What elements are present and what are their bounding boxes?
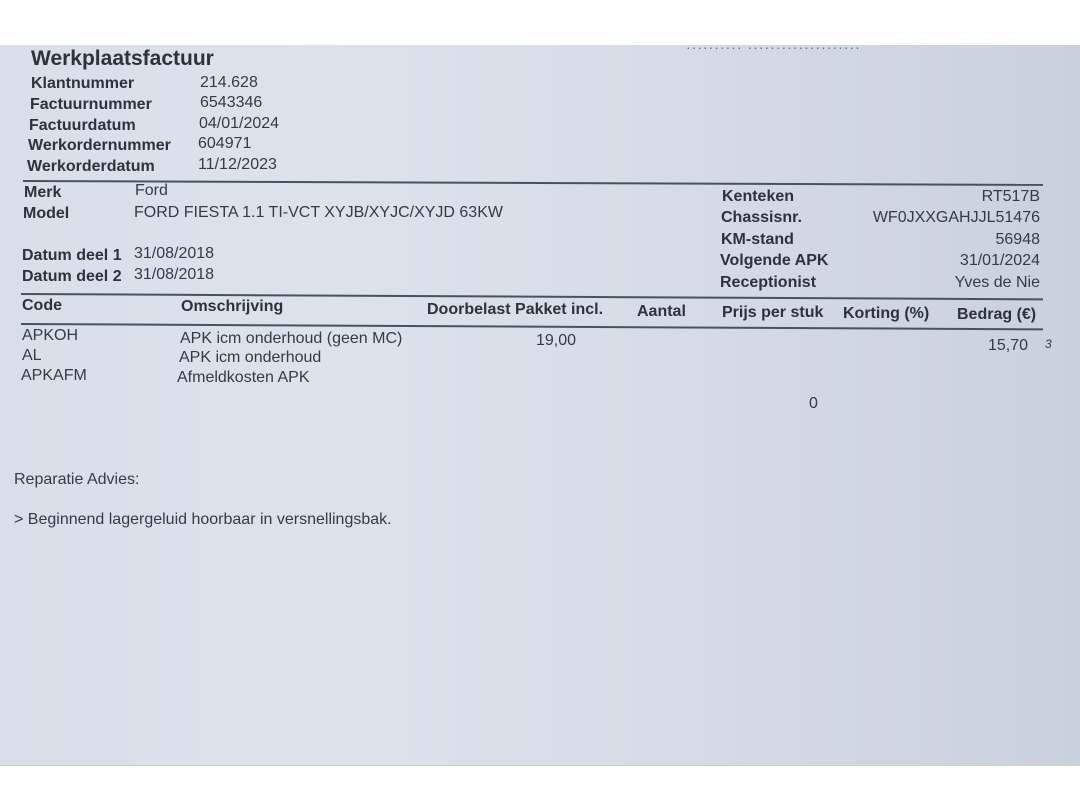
field-chassisnr-value: WF0JXXGAHJJL51476 <box>873 209 1040 227</box>
field-werkordernummer: Werkordernummer <box>28 137 171 155</box>
field-receptionist-value: Yves de Nie <box>955 274 1040 292</box>
field-kenteken-value: RT517B <box>982 188 1040 206</box>
field-volgende-apk-label: Volgende APK <box>720 252 828 270</box>
document-title: Werkplaatsfactuur <box>31 47 214 71</box>
field-label: Klantnummer <box>31 75 134 92</box>
field-werkorderdatum-value: 11/12/2023 <box>198 156 277 174</box>
column-header-omschrijving: Omschrijving <box>181 298 283 316</box>
column-header-doorbelast: Doorbelast Pakket incl. <box>427 301 603 319</box>
row-3-code: APKAFM <box>21 367 87 385</box>
extra-value: 0 <box>809 395 818 413</box>
invoice-page: ·········· ···················· Werkplaa… <box>0 45 1080 765</box>
field-factuurdatum: Factuurdatum <box>29 117 136 135</box>
field-model-value: FORD FIESTA 1.1 TI-VCT XYJB/XYJC/XYJD 63… <box>134 204 503 222</box>
row-3-description: Afmeldkosten APK <box>177 369 310 387</box>
field-km-stand-label: KM-stand <box>721 231 794 249</box>
field-datum-deel-1: Datum deel 1 <box>22 247 122 265</box>
row-1-code: APKOH <box>22 327 78 345</box>
divider <box>21 323 1043 330</box>
row-2-code: AL <box>22 347 42 365</box>
row-1-doorbelast: 19,00 <box>536 332 576 350</box>
field-klantnummer: Klantnummer <box>31 75 134 93</box>
field-werkorderdatum: Werkorderdatum <box>27 158 155 176</box>
row-1-marker: 3 <box>1045 337 1052 351</box>
column-header-bedrag: Bedrag (€) <box>957 306 1036 324</box>
field-km-stand-value: 56948 <box>996 231 1041 249</box>
field-klantnummer-value: 214.628 <box>200 74 258 92</box>
column-header-korting: Korting (%) <box>843 305 929 323</box>
field-factuurdatum-value: 04/01/2024 <box>199 115 279 133</box>
field-factuurnummer-value: 6543346 <box>200 94 262 112</box>
advice-item: > Beginnend lagergeluid hoorbaar in vers… <box>14 511 392 529</box>
row-1-bedrag: 15,70 <box>988 337 1028 355</box>
column-header-aantal: Aantal <box>637 303 686 321</box>
divider <box>21 293 1043 300</box>
row-1-description: APK icm onderhoud (geen MC) <box>180 330 402 348</box>
field-datum-deel-1-value: 31/08/2018 <box>134 245 214 263</box>
field-datum-deel-2: Datum deel 2 <box>22 268 122 286</box>
field-kenteken-label: Kenteken <box>722 188 794 206</box>
row-2-description: APK icm onderhoud <box>179 349 321 367</box>
advice-heading: Reparatie Advies: <box>14 471 139 489</box>
field-receptionist-label: Receptionist <box>720 274 816 292</box>
field-chassisnr-label: Chassisnr. <box>721 209 802 227</box>
field-datum-deel-2-value: 31/08/2018 <box>134 266 214 284</box>
cropped-header-text: ·········· ···················· <box>686 45 861 55</box>
column-header-prijs: Prijs per stuk <box>722 304 823 322</box>
divider <box>23 180 1043 186</box>
field-volgende-apk-value: 31/01/2024 <box>960 252 1040 270</box>
field-model: Model <box>23 205 69 223</box>
field-merk: Merk <box>24 184 61 202</box>
field-merk-value: Ford <box>135 182 168 200</box>
field-werkordernummer-value: 604971 <box>198 135 251 153</box>
field-factuurnummer: Factuurnummer <box>30 96 152 114</box>
column-header-code: Code <box>22 297 62 315</box>
